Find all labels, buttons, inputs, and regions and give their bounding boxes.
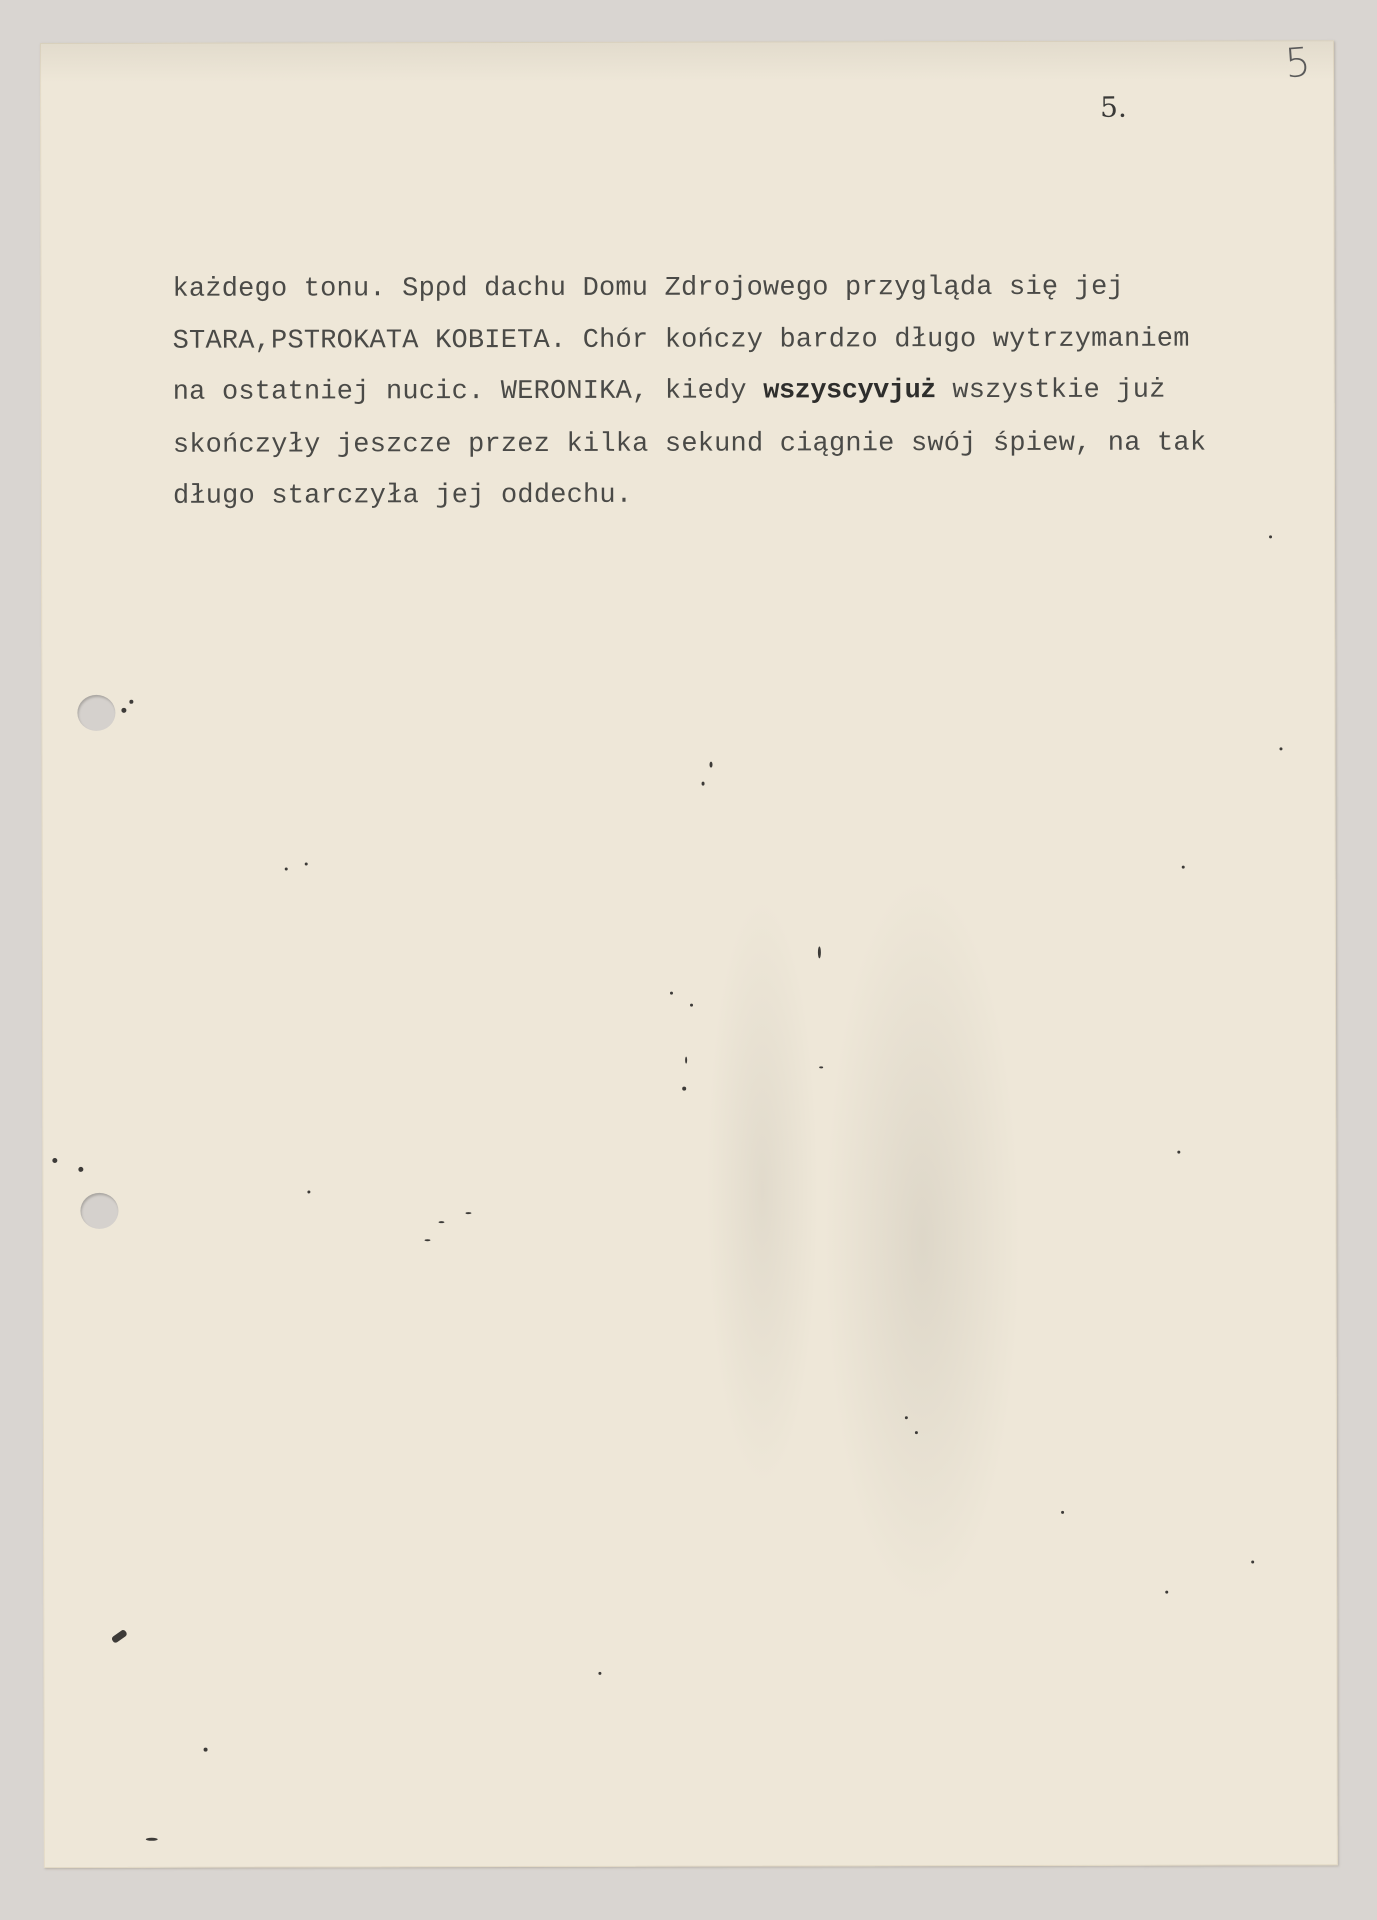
ink-speck [307, 1190, 310, 1193]
ink-speck [1279, 747, 1282, 750]
ink-speck [819, 1066, 823, 1068]
text-line-1: każdego tonu. Spρd dachu Domu Zdrojowego… [172, 273, 1123, 305]
ink-speck [52, 1158, 57, 1163]
ink-speck [670, 992, 673, 995]
text-line-3: na ostatniej nucic. WERONIKA, kiedy wszy… [173, 376, 1166, 408]
ink-speck [905, 1416, 908, 1419]
ink-speck [710, 762, 713, 768]
text-line-3-before: na ostatniej nucic. WERONIKA, kiedy [173, 376, 764, 407]
text-line-4: skończyły jeszcze przez kilka sekund cią… [173, 429, 1206, 461]
ink-speck [915, 1431, 918, 1434]
text-line-5: długo starczyła jej oddechu. [173, 481, 632, 512]
ink-speck [425, 1239, 431, 1241]
typewritten-page: 5. 5 każdego tonu. Spρd dachu Domu Zdroj… [40, 40, 1338, 1868]
punch-hole-top [77, 695, 115, 731]
ink-speck [690, 1004, 693, 1007]
ink-speck [438, 1221, 444, 1223]
ink-speck [285, 867, 288, 870]
ink-speck [121, 708, 126, 713]
ink-speck [1182, 866, 1185, 869]
ink-speck [1269, 535, 1272, 538]
ink-speck [305, 862, 308, 865]
ink-speck [598, 1672, 601, 1675]
ink-smudge [111, 1629, 128, 1644]
ink-speck [1251, 1560, 1254, 1563]
text-line-2: STARA,PSTROKATA KOBIETA. Chór kończy bar… [173, 325, 1190, 357]
ink-speck [129, 700, 133, 704]
ink-speck [78, 1167, 83, 1172]
ink-speck [1177, 1151, 1180, 1154]
ink-speck [1061, 1511, 1064, 1514]
ink-speck [682, 1087, 686, 1091]
ink-speck [818, 946, 821, 958]
ink-speck [1165, 1591, 1168, 1594]
ink-speck [204, 1748, 208, 1752]
typed-page-number: 5. [1100, 91, 1127, 124]
ink-speck [702, 782, 705, 786]
punch-hole-bottom [80, 1193, 118, 1229]
ink-speck [685, 1057, 687, 1064]
ink-speck [465, 1212, 471, 1214]
struck-out-word: wszyscyvjuż [763, 376, 936, 406]
handwritten-page-number: 5 [1283, 40, 1312, 88]
ink-speck [146, 1838, 158, 1841]
text-line-3-after: wszystkie już [936, 376, 1166, 406]
